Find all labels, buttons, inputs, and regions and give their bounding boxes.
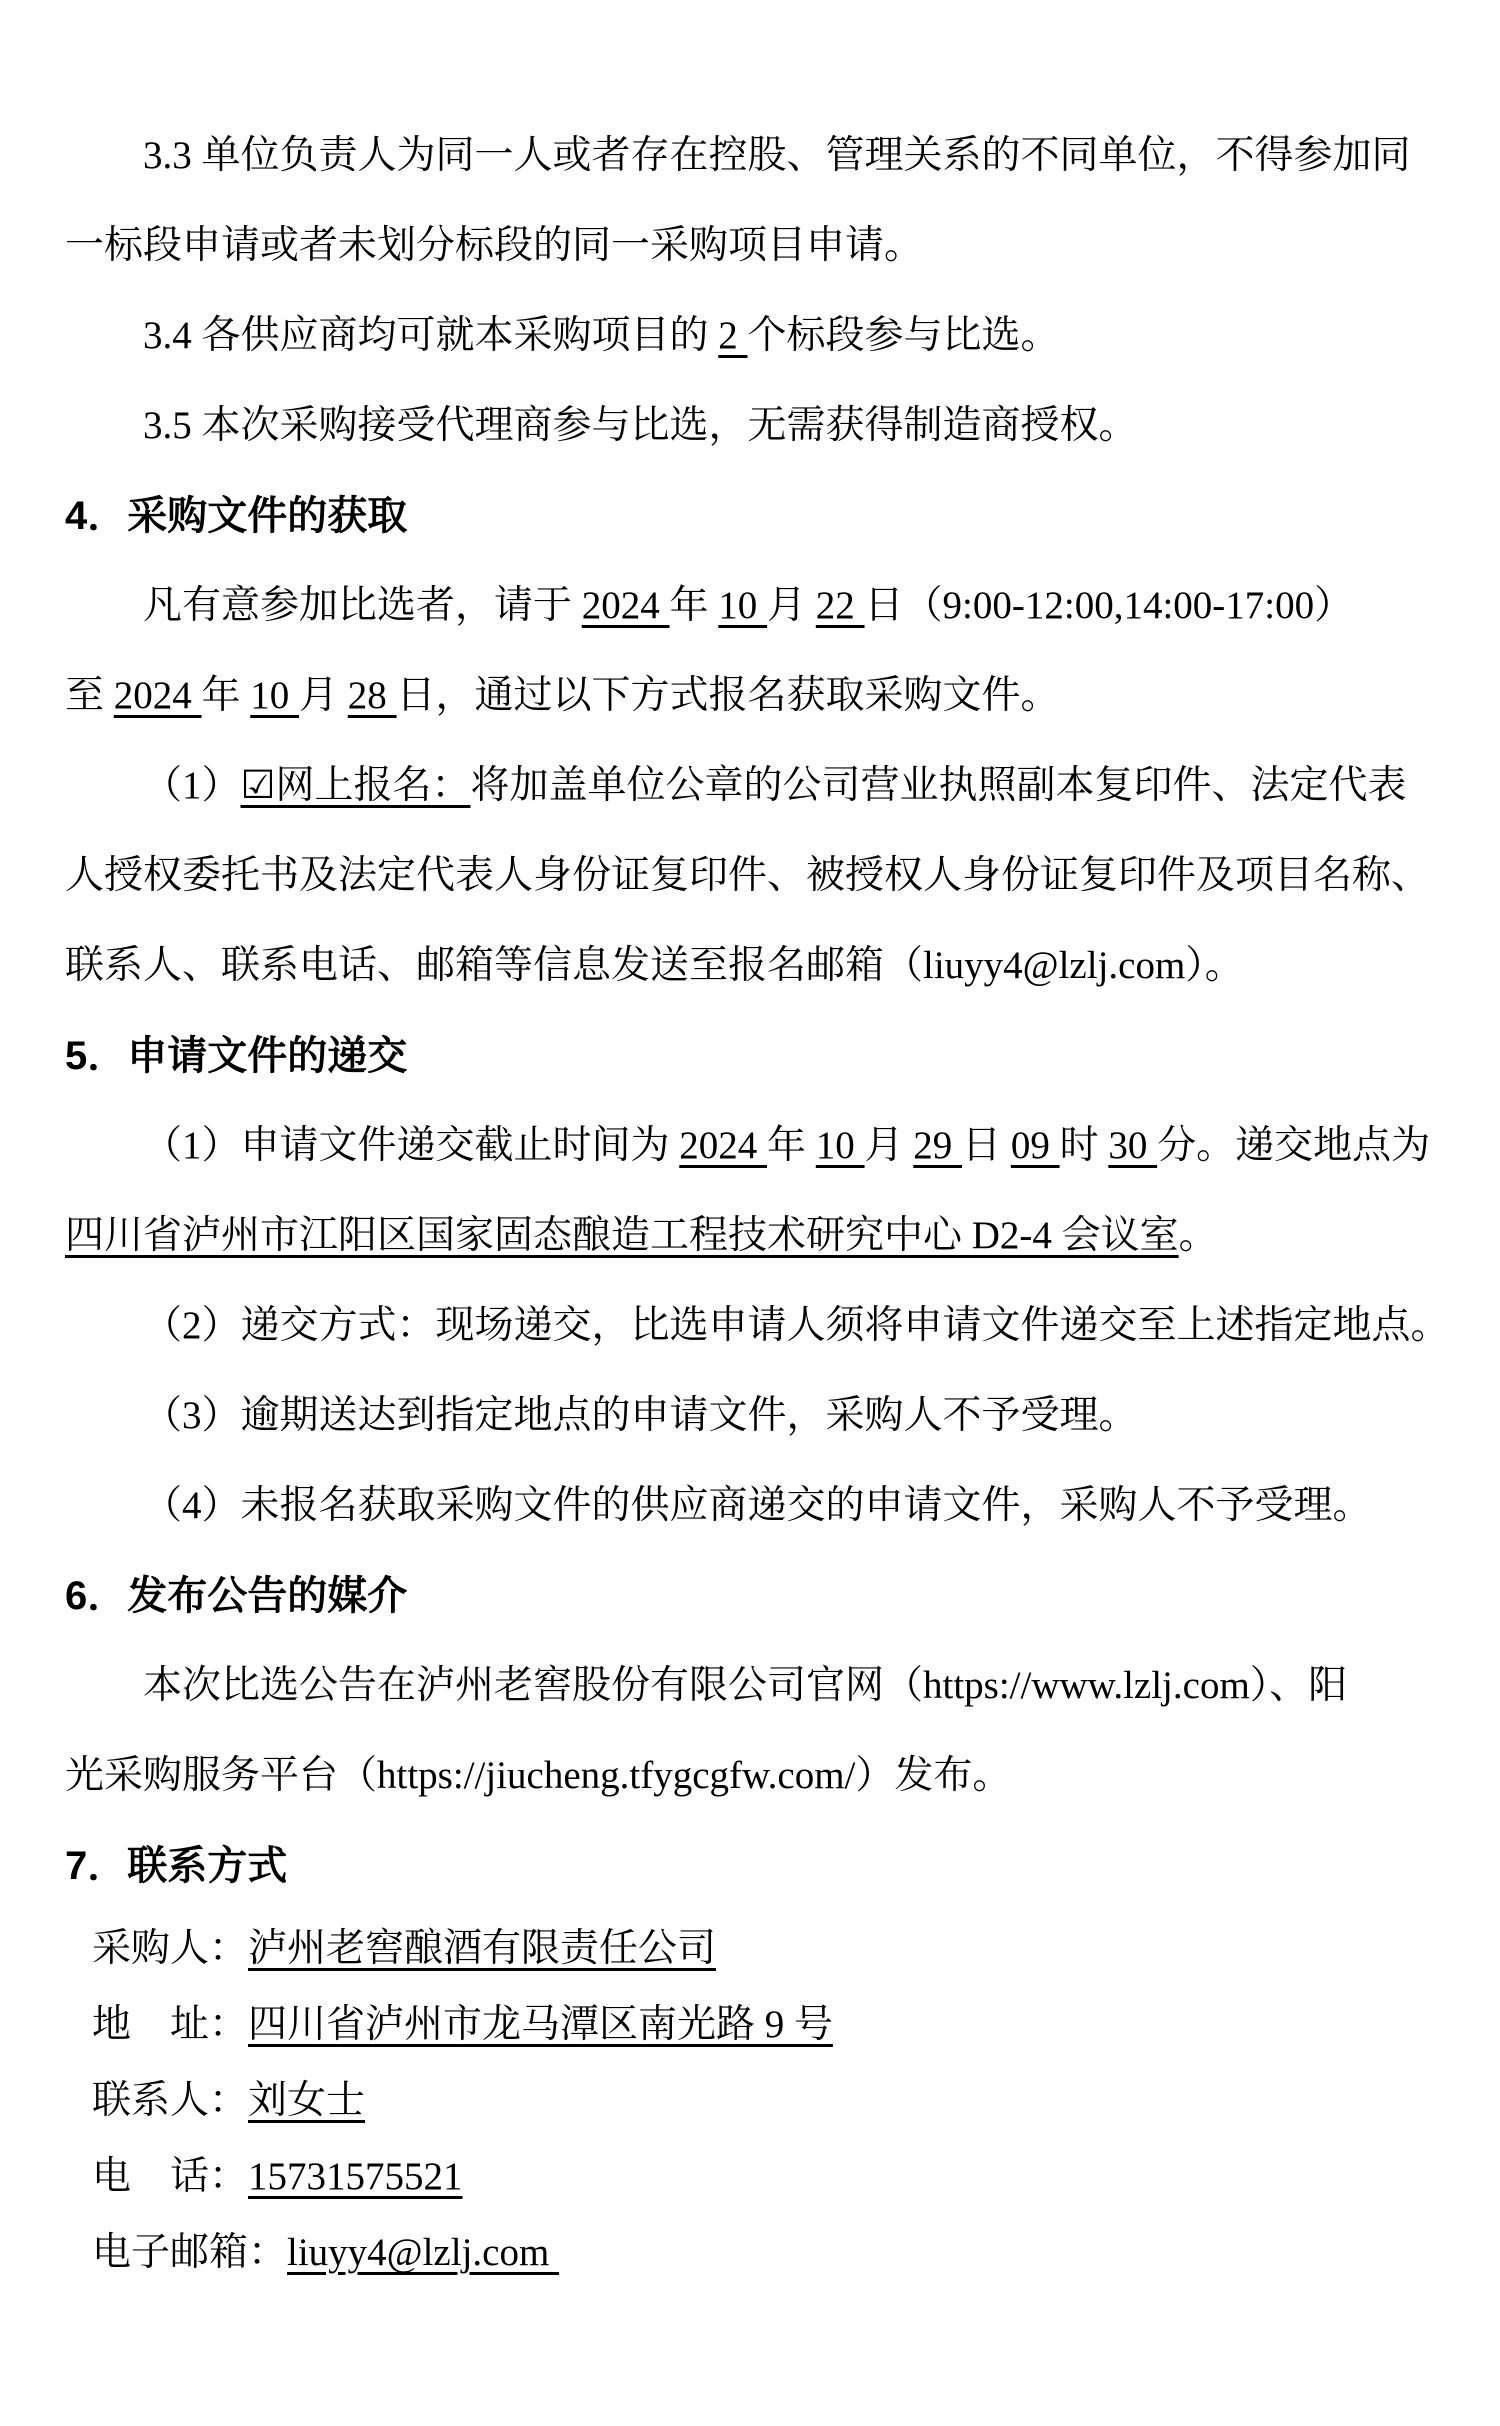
text-run: 一标段申请或者未划分标段的同一采购项目申请。: [65, 224, 923, 267]
para-4-line-1: 凡有意参加比选者，请于 2024 年 10 月 22 日（9:00-12:00,…: [65, 561, 1440, 651]
text-run: 7．联系方式: [65, 1844, 287, 1888]
para-3-3-line-1: 3.3 单位负责人为同一人或者存在控股、管理关系的不同单位，不得参加同: [65, 111, 1440, 201]
underlined-text: 2024: [582, 584, 670, 627]
text-run: 人授权委托书及法定代表人身份证复印件、被授权人身份证复印件及项目名称、: [65, 854, 1430, 897]
text-run: （2）递交方式：现场递交，比选申请人须将申请文件递交至上述指定地点。: [143, 1304, 1450, 1347]
para-5-item-2: （2）递交方式：现场递交，比选申请人须将申请文件递交至上述指定地点。: [65, 1281, 1440, 1371]
underlined-text: 2024: [679, 1124, 767, 1167]
para-5-item-1-line-1: （1）申请文件递交截止时间为 2024 年 10 月 29 日 09 时 30 …: [65, 1101, 1440, 1191]
text-run: 联系人、联系电话、邮箱等信息发送至报名邮箱（liuyy4@lzlj.com）。: [65, 944, 1244, 987]
underlined-text: 2024: [114, 674, 202, 717]
para-5-item-4: （4）未报名获取采购文件的供应商递交的申请文件，采购人不予受理。: [65, 1461, 1440, 1551]
text-run: 月: [299, 674, 348, 717]
text-run: 日（9:00-12:00,14:00-17:00）: [865, 584, 1354, 627]
underlined-text: 30: [1108, 1124, 1157, 1167]
underlined-text: 28: [348, 674, 397, 717]
underlined-text: 29: [913, 1124, 962, 1167]
underlined-text: 10: [718, 584, 767, 627]
contact-person-name: 刘女士: [248, 2079, 365, 2122]
text-run: 3.4 各供应商均可就本采购项目的: [143, 314, 718, 357]
text-run: （1）: [143, 764, 241, 807]
text-run: 联系人：: [92, 2079, 248, 2122]
para-3-5: 3.5 本次采购接受代理商参与比选，无需获得制造商授权。: [65, 381, 1440, 471]
text-run: 月: [865, 1124, 914, 1167]
underlined-text: 10: [250, 674, 299, 717]
text-run: 本次比选公告在泸州老窖股份有限公司官网（https://www.lzlj.com…: [143, 1664, 1347, 1707]
para-4-item-1-line-1: （1）☑网上报名：将加盖单位公章的公司营业执照副本复印件、法定代表: [65, 741, 1440, 831]
text-run: （3）逾期送达到指定地点的申请文件，采购人不予受理。: [143, 1394, 1138, 1437]
phone-number: 15731575521: [248, 2155, 463, 2198]
underlined-text: 22: [816, 584, 865, 627]
para-3-4: 3.4 各供应商均可就本采购项目的 2 个标段参与比选。: [65, 291, 1440, 381]
address-value: 四川省泸州市龙马潭区南光路 9 号: [248, 2003, 833, 2046]
heading-5: 5．申请文件的递交: [65, 1011, 1440, 1101]
contact-email: 电子邮箱：liuyy4@lzlj.com: [65, 2215, 1440, 2291]
para-6-line-1: 本次比选公告在泸州老窖股份有限公司官网（https://www.lzlj.com…: [65, 1641, 1440, 1731]
para-5-item-1-line-2: 四川省泸州市江阳区国家固态酿造工程技术研究中心 D2-4 会议室。: [65, 1191, 1440, 1281]
text-run: （4）未报名获取采购文件的供应商递交的申请文件，采购人不予受理。: [143, 1484, 1372, 1527]
para-4-item-1-line-3: 联系人、联系电话、邮箱等信息发送至报名邮箱（liuyy4@lzlj.com）。: [65, 921, 1440, 1011]
text-run: 年: [202, 674, 251, 717]
para-5-item-3: （3）逾期送达到指定地点的申请文件，采购人不予受理。: [65, 1371, 1440, 1461]
heading-4: 4．采购文件的获取: [65, 471, 1440, 561]
text-run: 凡有意参加比选者，请于: [143, 584, 582, 627]
para-4-item-1-line-2: 人授权委托书及法定代表人身份证复印件、被授权人身份证复印件及项目名称、: [65, 831, 1440, 921]
heading-7: 7．联系方式: [65, 1821, 1440, 1911]
text-run: 电子邮箱：: [92, 2231, 287, 2274]
text-run: 采购人：: [92, 1927, 248, 1970]
text-run: （1）申请文件递交截止时间为: [143, 1124, 679, 1167]
underlined-text: 10: [816, 1124, 865, 1167]
online-registration-label: 网上报名：: [275, 764, 470, 807]
contact-address: 地 址：四川省泸州市龙马潭区南光路 9 号: [65, 1987, 1440, 2063]
text-run: 日，通过以下方式报名获取采购文件。: [397, 674, 1060, 717]
para-3-3-line-2: 一标段申请或者未划分标段的同一采购项目申请。: [65, 201, 1440, 291]
text-run: 光采购服务平台（https://jiucheng.tfygcgfw.com/）发…: [65, 1754, 1011, 1797]
text-run: 将加盖单位公章的公司营业执照副本复印件、法定代表: [471, 764, 1407, 807]
text-run: 年: [767, 1124, 816, 1167]
purchaser-name: 泸州老窖酿酒有限责任公司: [248, 1927, 716, 1970]
email-value: liuyy4@lzlj.com: [287, 2231, 559, 2274]
checkbox-checked-icon: ☑: [241, 764, 276, 807]
text-run: 地 址：: [92, 2003, 248, 2046]
underlined-text: 2: [718, 314, 747, 357]
text-run: 3.5 本次采购接受代理商参与比选，无需获得制造商授权。: [143, 404, 1138, 447]
contact-purchaser: 采购人：泸州老窖酿酒有限责任公司: [65, 1911, 1440, 1987]
document-content: 3.3 单位负责人为同一人或者存在控股、管理关系的不同单位，不得参加同一标段申请…: [65, 111, 1440, 2291]
document-page: 3.3 单位负责人为同一人或者存在控股、管理关系的不同单位，不得参加同一标段申请…: [0, 0, 1500, 2426]
text-run: 个标段参与比选。: [748, 314, 1060, 357]
para-4-line-2: 至 2024 年 10 月 28 日，通过以下方式报名获取采购文件。: [65, 651, 1440, 741]
contact-person: 联系人：刘女士: [65, 2063, 1440, 2139]
text-run: 时: [1060, 1124, 1109, 1167]
heading-6: 6．发布公告的媒介: [65, 1551, 1440, 1641]
submission-location: 四川省泸州市江阳区国家固态酿造工程技术研究中心 D2-4 会议室: [65, 1214, 1179, 1257]
para-6-line-2: 光采购服务平台（https://jiucheng.tfygcgfw.com/）发…: [65, 1731, 1440, 1821]
text-run: 。: [1179, 1214, 1218, 1257]
text-run: 月: [767, 584, 816, 627]
underlined-text: 09: [1011, 1124, 1060, 1167]
text-run: 3.3 单位负责人为同一人或者存在控股、管理关系的不同单位，不得参加同: [143, 134, 1411, 177]
text-run: 至: [65, 674, 114, 717]
contact-phone: 电 话：15731575521: [65, 2139, 1440, 2215]
text-run: 4．采购文件的获取: [65, 494, 407, 538]
text-run: 年: [670, 584, 719, 627]
text-run: 5．申请文件的递交: [65, 1034, 407, 1078]
text-run: 6．发布公告的媒介: [65, 1574, 407, 1618]
text-run: 日: [962, 1124, 1011, 1167]
text-run: 电 话：: [92, 2155, 248, 2198]
text-run: 分。递交地点为: [1157, 1124, 1430, 1167]
